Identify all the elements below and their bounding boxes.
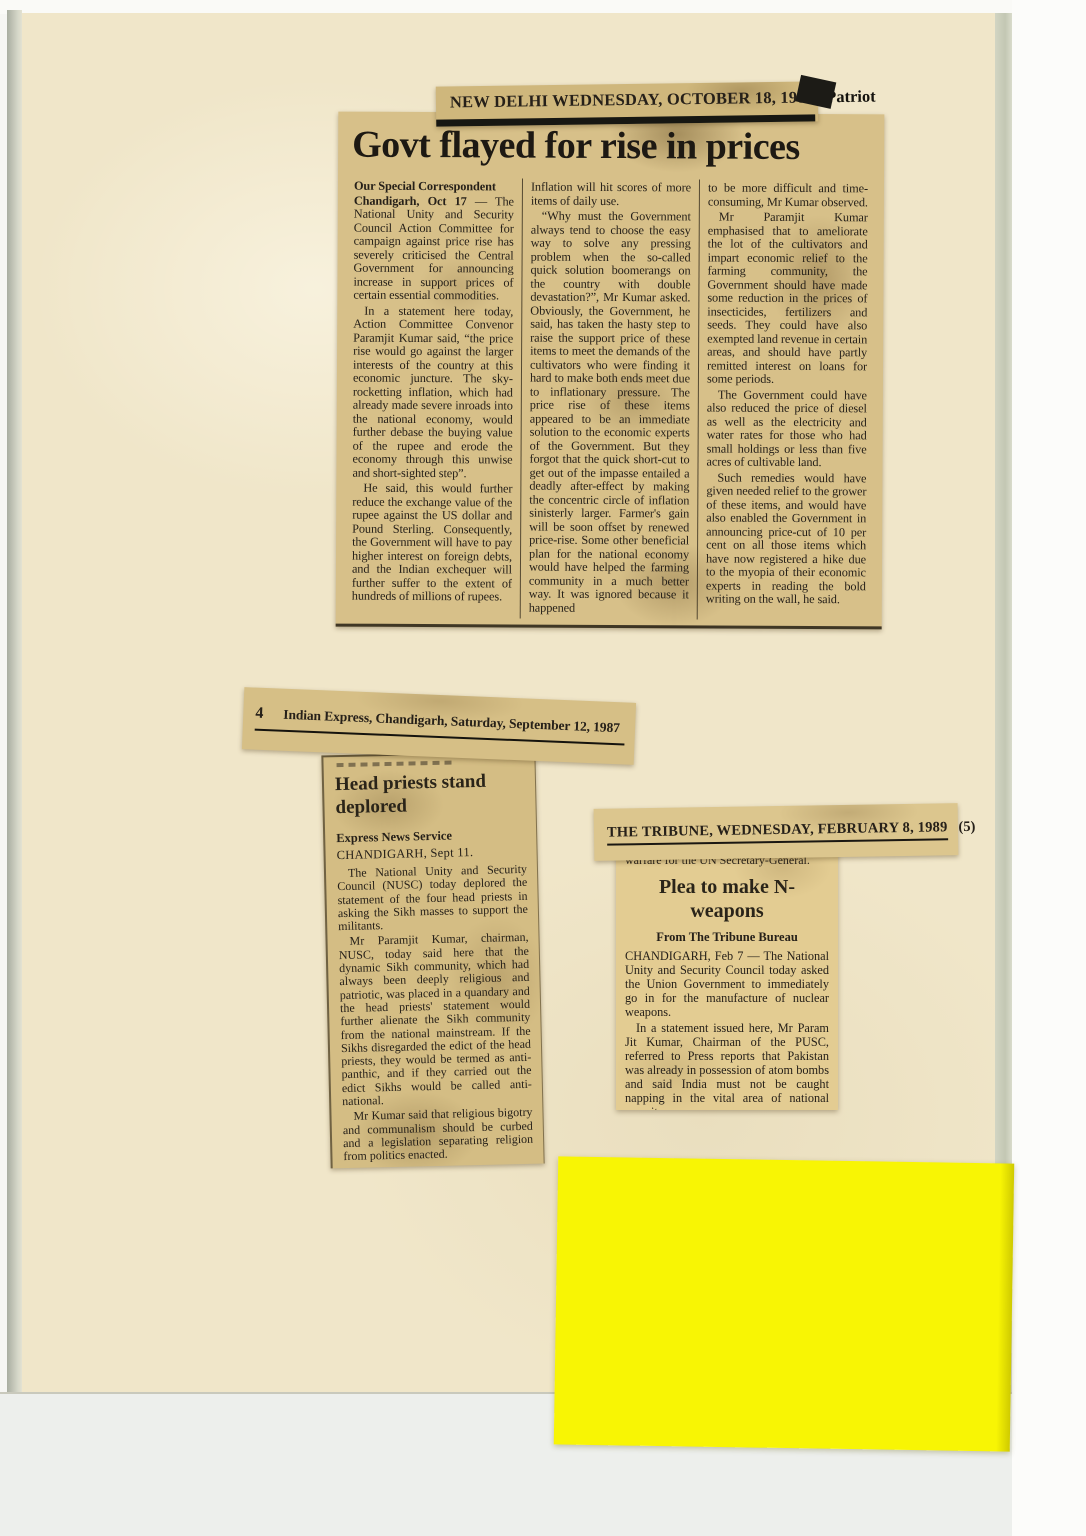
tribune-byline: From The Tribune Bureau (625, 930, 829, 945)
cut-off-text-fragment (337, 760, 455, 767)
patriot-column-3: to be more difficult and time-consuming,… (697, 179, 876, 620)
priests-byline: Express News Service (336, 827, 526, 846)
patriot-column-1: Our Special Correspondent Chandigarh, Oc… (344, 178, 522, 619)
head-priests-clipping: Head priests stand deplored Express News… (321, 751, 544, 1169)
patriot-dateline: NEW DELHI WEDNESDAY, OCTOBER 18, 1989 (450, 87, 814, 111)
tribune-page-number: (5) (958, 819, 975, 835)
article-paragraph: Mr Kumar said that religious bigotry and… (342, 1106, 533, 1163)
patriot-byline: Our Special Correspondent (354, 180, 514, 194)
article-paragraph: The National Unity and Security Council … (337, 863, 528, 934)
article-paragraph: CHANDIGARH, Feb 7 — The National Unity a… (625, 949, 829, 1019)
patriot-columns: Our Special Correspondent Chandigarh, Oc… (344, 178, 876, 621)
tribune-dateline: THE TRIBUNE, WEDNESDAY, FEBRUARY 8, 1989 (607, 819, 948, 845)
patriot-column-2: Inflation will hit scores of more items … (520, 179, 699, 620)
tribune-article-clipping: warfare for the UN Secretary-General. Pl… (616, 846, 838, 1110)
tribune-dateline-strip: THE TRIBUNE, WEDNESDAY, FEBRUARY 8, 1989… (594, 803, 959, 861)
express-dateline-row: 4 Indian Express, Chandigarh, Saturday, … (255, 705, 626, 746)
yellow-note (554, 1156, 1014, 1451)
express-page-number: 4 (255, 705, 264, 723)
tribune-headline: Plea to make N-weapons (647, 875, 807, 923)
page-left-edge (7, 10, 22, 1392)
article-paragraph: Chandigarh, Oct 17 — The National Unity … (353, 194, 514, 303)
scanned-album-page: NEW DELHI WEDNESDAY, OCTOBER 18, 1989 Pa… (0, 0, 1086, 1536)
article-paragraph: In a statement here today, Action Commit… (352, 304, 513, 480)
express-dateline: Indian Express, Chandigarh, Saturday, Se… (283, 707, 620, 737)
priests-dateline: CHANDIGARH, Sept 11. (336, 844, 526, 863)
article-paragraph: In a statement issued here, Mr Param Jit… (625, 1021, 829, 1111)
patriot-article-clipping: Govt flayed for rise in prices Our Speci… (336, 112, 885, 630)
priests-headline: Head priests stand deplored (335, 769, 511, 819)
article-paragraph: Such remedies would have given needed re… (706, 471, 867, 607)
article-paragraph: Mr Paramjit Kumar, chairman, NUSC, today… (338, 931, 532, 1108)
scanner-background-right (1012, 0, 1086, 1536)
article-paragraph: Mr Paramjit Kumar emphasised that to ame… (707, 211, 868, 387)
article-paragraph: Inflation will hit scores of more items … (531, 181, 691, 209)
scanner-background-top (0, 0, 1013, 14)
patriot-dateline-strip: NEW DELHI WEDNESDAY, OCTOBER 18, 1989 Pa… (436, 81, 819, 126)
paragraph-lead: Chandigarh, Oct 17 (354, 193, 475, 208)
article-paragraph: He said, this would further reduce the e… (352, 482, 513, 604)
article-paragraph: “Why must the Government always tend to … (529, 210, 691, 616)
article-paragraph: The Government could have also reduced t… (706, 388, 866, 470)
article-paragraph: to be more difficult and time-consuming,… (708, 182, 868, 210)
